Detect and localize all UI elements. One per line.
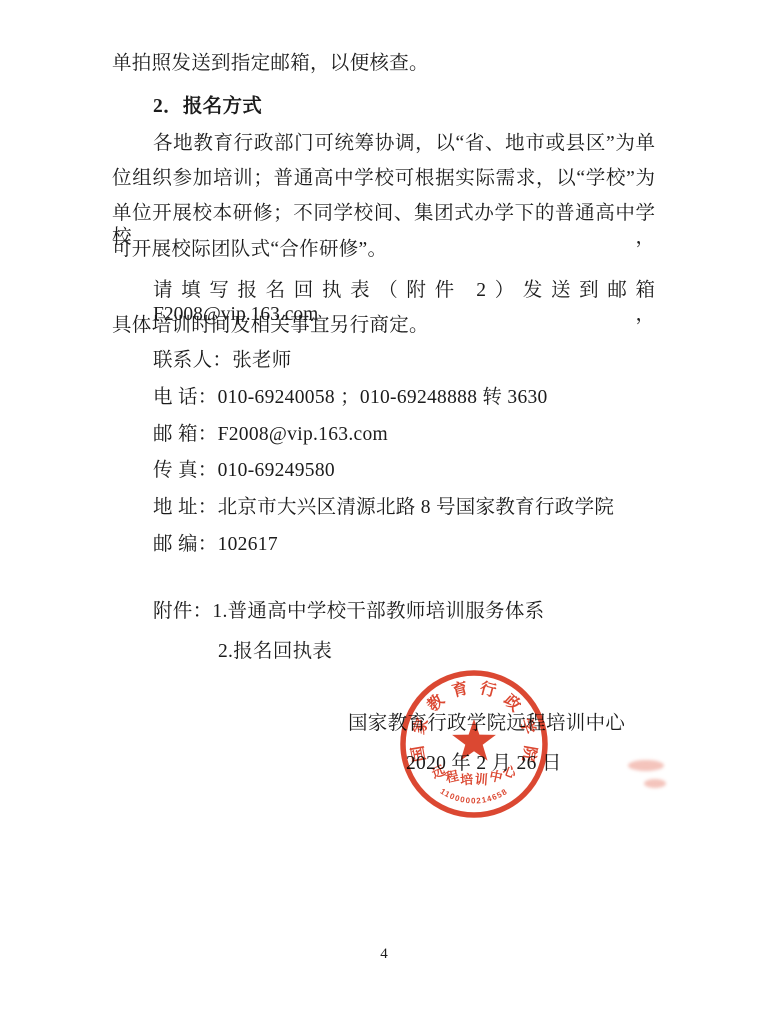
contact-label: 邮 箱： bbox=[153, 424, 218, 445]
page-number: 4 bbox=[0, 946, 768, 963]
contact-label: 邮 编： bbox=[153, 534, 218, 555]
contact-row-phone: 电 话：010-69240058 ；010-69248888 转 3630 bbox=[153, 386, 548, 410]
body-line-intro: 单拍照发送到指定邮箱，以便核查。 bbox=[112, 52, 429, 76]
seal-center-text: 远 程 培 训 中 心 bbox=[430, 762, 519, 787]
contact-row-address: 地 址：北京市大兴区清源北路 8 号国家教育行政学院 bbox=[153, 496, 614, 520]
paragraph1-line2: 位组织参加培训；普通高中学校可根据实际需求，以“学校”为 bbox=[112, 167, 655, 191]
contact-label: 地 址： bbox=[153, 497, 218, 518]
seal-ring-char: 家 bbox=[409, 715, 432, 736]
seal-smudge bbox=[644, 779, 666, 788]
seal-ring-char: 院 bbox=[519, 744, 540, 763]
seal-ring-char: 教 bbox=[424, 690, 449, 715]
attachments-label: 附件： bbox=[153, 601, 212, 622]
contact-row-fax: 传 真：010-69249580 bbox=[153, 459, 335, 483]
official-seal-stamp: 国 家 教 育 行 政 学 院 远 程 培 训 中 心 110000021465… bbox=[396, 666, 552, 822]
contact-value: 102617 bbox=[218, 534, 278, 555]
seal-serial-number: 1100000214658 bbox=[439, 787, 510, 806]
paragraph1-line1: 各地教育行政部门可统筹协调，以“省、地市或县区”为单 bbox=[153, 132, 655, 156]
seal-ring-char: 育 bbox=[450, 678, 470, 700]
seal-ring-char: 行 bbox=[478, 678, 498, 700]
contact-value: 010-69240058 ；010-69248888 转 3630 bbox=[218, 387, 548, 408]
seal-center-char: 心 bbox=[501, 762, 519, 781]
attachment-item-2: 2.报名回执表 bbox=[218, 640, 332, 664]
seal-ring-char: 国 bbox=[408, 744, 429, 763]
contact-row-email: 邮 箱：F2008@vip.163.com bbox=[153, 423, 388, 447]
attachments-line1: 附件：1.普通高中学校干部教师培训服务体系 bbox=[153, 600, 544, 624]
attachment-item-1: 1.普通高中学校干部教师培训服务体系 bbox=[212, 601, 544, 622]
document-page: 单拍照发送到指定邮箱，以便核查。 2．报名方式 各地教育行政部门可统筹协调，以“… bbox=[0, 0, 768, 1011]
seal-center-char: 程 bbox=[444, 768, 460, 785]
seal-center-char: 培 bbox=[460, 772, 474, 788]
seal-smudge bbox=[628, 760, 664, 771]
contact-row-zipcode: 邮 编：102617 bbox=[153, 533, 278, 557]
seal-center-char: 训 bbox=[474, 772, 488, 788]
seal-ring-char: 学 bbox=[516, 715, 539, 736]
section-heading: 2．报名方式 bbox=[153, 95, 262, 119]
contact-value: F2008@vip.163.com bbox=[218, 424, 388, 445]
paragraph2-line2: 具体培训时间及相关事宜另行商定。 bbox=[112, 314, 429, 338]
contact-label: 传 真： bbox=[153, 460, 218, 481]
contact-label: 电 话： bbox=[153, 387, 218, 408]
contact-label: 联系人： bbox=[153, 350, 232, 371]
seal-star-icon bbox=[452, 719, 496, 761]
contact-value: 北京市大兴区清源北路 8 号国家教育行政学院 bbox=[218, 497, 615, 518]
contact-value: 张老师 bbox=[232, 350, 291, 371]
contact-row-person: 联系人：张老师 bbox=[153, 349, 292, 373]
contact-value: 010-69249580 bbox=[218, 460, 335, 481]
paragraph1-line4: 可开展校际团队式“合作研修”。 bbox=[112, 238, 387, 262]
